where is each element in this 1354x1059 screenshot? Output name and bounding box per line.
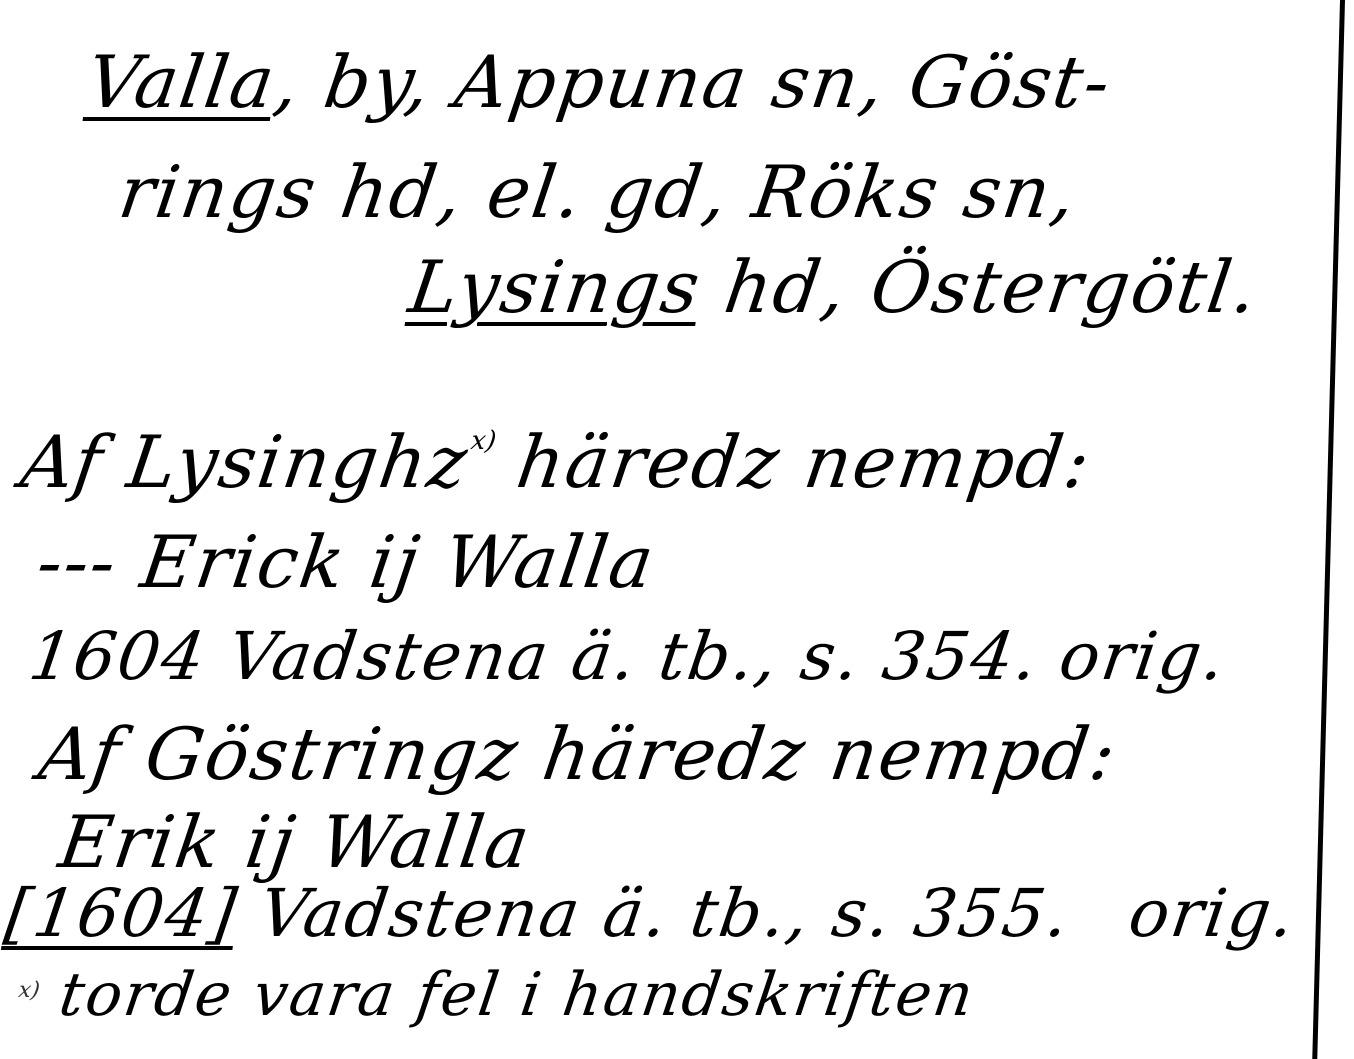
entry-2-district: Göstringz: [140, 712, 524, 796]
entry-1-intro-suffix: häredz nempd:: [487, 420, 1097, 504]
entry-1-name-line: --- Erick ij Walla: [32, 520, 660, 604]
entry-1-district: Lysinghz: [122, 420, 474, 504]
entry-1-source: 1604 Vadstena ä. tb., s. 354.orig.: [25, 618, 1232, 695]
entry-1-dash: ---: [32, 520, 148, 604]
entry-1-person: Erick ij Walla: [136, 520, 661, 604]
headword: Valla: [82, 40, 281, 124]
entry-1-year: 1604: [25, 618, 212, 695]
footnote-mark: x): [17, 978, 42, 1003]
entry-2-source-ref: Vadstena ä. tb., s. 355.: [232, 875, 1075, 952]
heading-line-1: Valla, by, Appuna sn, Göst-: [82, 40, 1117, 124]
heading-description-2: rings hd, el. gd, Röks sn,: [114, 150, 1082, 234]
footnote-text: torde vara fel i handskriften: [55, 960, 979, 1030]
entry-2-orig-flag: orig.: [1124, 875, 1300, 952]
entry-2-source: [1604] Vadstena ä. tb., s. 355.orig.: [1, 875, 1301, 952]
heading-line-2: rings hd, el. gd, Röks sn,: [114, 150, 1082, 234]
entry-2-intro-prefix: Af: [34, 712, 152, 796]
entry-1-orig-flag: orig.: [1055, 618, 1231, 695]
heading-description-3: hd, Östergötl.: [695, 245, 1264, 329]
district-name: Lysings: [404, 245, 706, 329]
footnote: x) torde vara fel i handskriften: [13, 960, 979, 1030]
entry-1-intro: Af Lysinghzx) häredz nempd:: [16, 420, 1097, 504]
entry-2-year: [1604]: [1, 875, 243, 952]
card-right-border: [1312, 0, 1345, 1059]
entry-2-intro: Af Göstringz häredz nempd:: [34, 712, 1122, 796]
entry-2-name-line: Erik ij Walla: [54, 800, 536, 884]
archive-card: Valla, by, Appuna sn, Göst- rings hd, el…: [0, 0, 1354, 1059]
entry-1-intro-prefix: Af: [16, 420, 134, 504]
entry-2-person: Erik ij Walla: [54, 800, 536, 884]
entry-1-source-ref: Vadstena ä. tb., s. 354.: [201, 618, 1044, 695]
heading-description-1: , by, Appuna sn, Göst-: [269, 40, 1116, 124]
heading-line-3: Lysings hd, Östergötl.: [404, 245, 1264, 329]
entry-2-intro-suffix: häredz nempd:: [513, 712, 1123, 796]
